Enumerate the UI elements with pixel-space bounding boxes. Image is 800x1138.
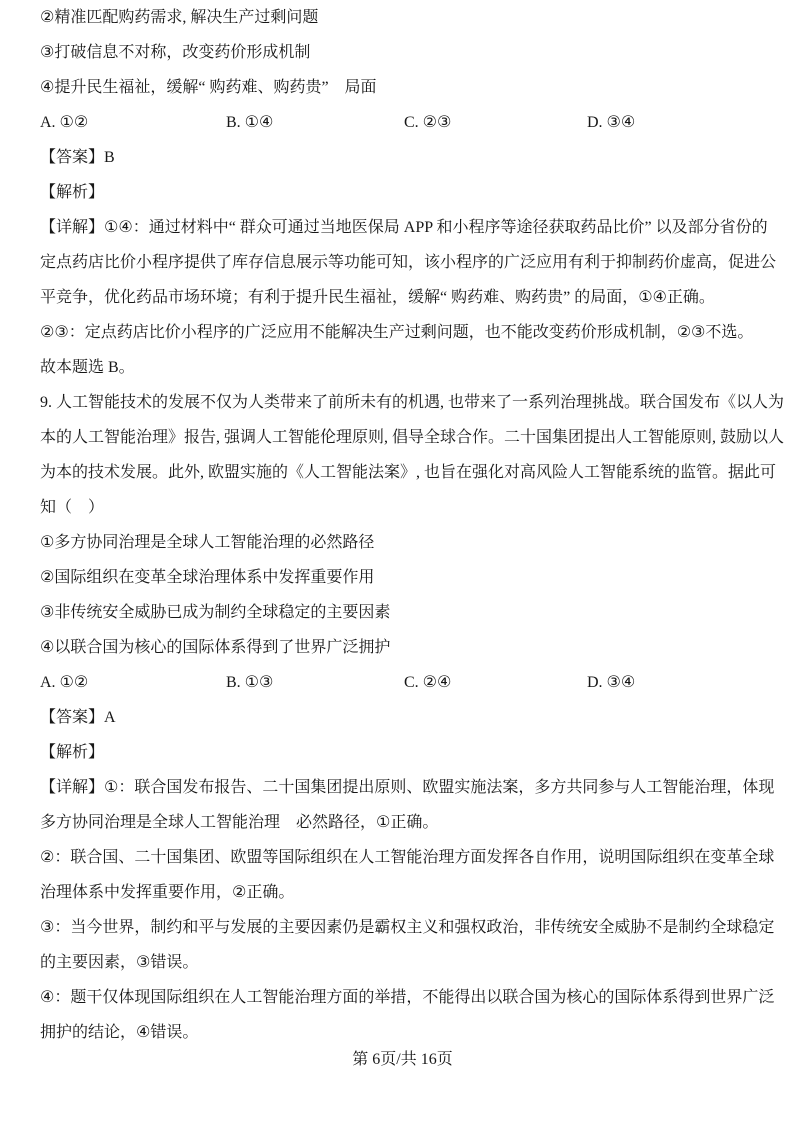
q9-explanation-line: ③：当今世界，制约和平与发展的主要因素仍是霸权主义和强权政治，非传统安全威胁不是… xyxy=(40,910,765,945)
q9-explanation-line: 多方协同治理是全球人工智能治理 必然路径，①正确。 xyxy=(40,805,765,840)
q9-statement-1: ①多方协同治理是全球人工智能治理的必然路径 xyxy=(40,525,765,560)
q8-choice-c: C. ②③ xyxy=(404,105,587,140)
q9-stem-line: 9. 人工智能技术的发展不仅为人类带来了前所未有的机遇, 也带来了一系列治理挑战… xyxy=(40,385,765,420)
q9-statement-3: ③非传统安全威胁已成为制约全球稳定的主要因素 xyxy=(40,595,765,630)
q8-explanation-line: 【详解】①④：通过材料中“ 群众可通过当地医保局 APP 和小程序等途径获取药品… xyxy=(40,210,765,245)
q8-explanation-line: 故本题选 B。 xyxy=(40,350,765,385)
q8-analysis-label: 【解析】 xyxy=(40,175,765,210)
q9-stem-line: 为本的技术发展。此外, 欧盟实施的《人工智能法案》, 也旨在强化对高风险人工智能… xyxy=(40,455,765,490)
q9-explanation-line: 的主要因素，③错误。 xyxy=(40,945,765,980)
q8-choice-d: D. ③④ xyxy=(587,105,765,140)
q8-explanation-line: ②③：定点药店比价小程序的广泛应用不能解决生产过剩问题，也不能改变药价形成机制，… xyxy=(40,315,765,350)
q8-explanation-line: 定点药店比价小程序提供了库存信息展示等功能可知，该小程序的广泛应用有利于抑制药价… xyxy=(40,245,765,280)
q9-choice-d: D. ③④ xyxy=(587,665,765,700)
q9-explanation-line: ②：联合国、二十国集团、欧盟等国际组织在人工智能治理方面发挥各自作用，说明国际组… xyxy=(40,840,765,875)
q9-analysis-label: 【解析】 xyxy=(40,735,765,770)
q9-explanation-line: ④：题干仅体现国际组织在人工智能治理方面的举措，不能得出以联合国为核心的国际体系… xyxy=(40,980,765,1015)
q9-explanation-line: 治理体系中发挥重要作用，②正确。 xyxy=(40,875,765,910)
q9-choice-a: A. ①② xyxy=(40,665,226,700)
q9-choices-row: A. ①② B. ①③ C. ②④ D. ③④ xyxy=(40,665,765,700)
q8-answer-line: 【答案】B xyxy=(40,140,765,175)
q9-stem-line: 知（ ） xyxy=(40,490,765,525)
q9-statement-4: ④以联合国为核心的国际体系得到了世界广泛拥护 xyxy=(40,630,765,665)
q9-choice-c: C. ②④ xyxy=(404,665,587,700)
exam-answer-page: ②精准匹配购药需求, 解决生产过剩问题 ③打破信息不对称，改变药价形成机制 ④提… xyxy=(0,0,800,1138)
q9-answer-line: 【答案】A xyxy=(40,700,765,735)
q8-choice-a: A. ①② xyxy=(40,105,226,140)
q8-statement-4: ④提升民生福祉，缓解“ 购药难、购药贵” 局面 xyxy=(40,70,765,105)
q9-explanation-line: 【详解】①：联合国发布报告、二十国集团提出原则、欧盟实施法案，多方共同参与人工智… xyxy=(40,770,765,805)
q8-explanation-line: 平竞争，优化药品市场环境；有利于提升民生福祉，缓解“ 购药难、购药贵” 的局面，… xyxy=(40,280,765,315)
q8-choices-row: A. ①② B. ①④ C. ②③ D. ③④ xyxy=(40,105,765,140)
q9-statement-2: ②国际组织在变革全球治理体系中发挥重要作用 xyxy=(40,560,765,595)
q9-stem-line: 本的人工智能治理》报告, 强调人工智能伦理原则, 倡导全球合作。二十国集团提出人… xyxy=(40,420,765,455)
q8-statement-2: ②精准匹配购药需求, 解决生产过剩问题 xyxy=(40,0,765,35)
q8-choice-b: B. ①④ xyxy=(226,105,404,140)
q9-choice-b: B. ①③ xyxy=(226,665,404,700)
q8-statement-3: ③打破信息不对称，改变药价形成机制 xyxy=(40,35,765,70)
